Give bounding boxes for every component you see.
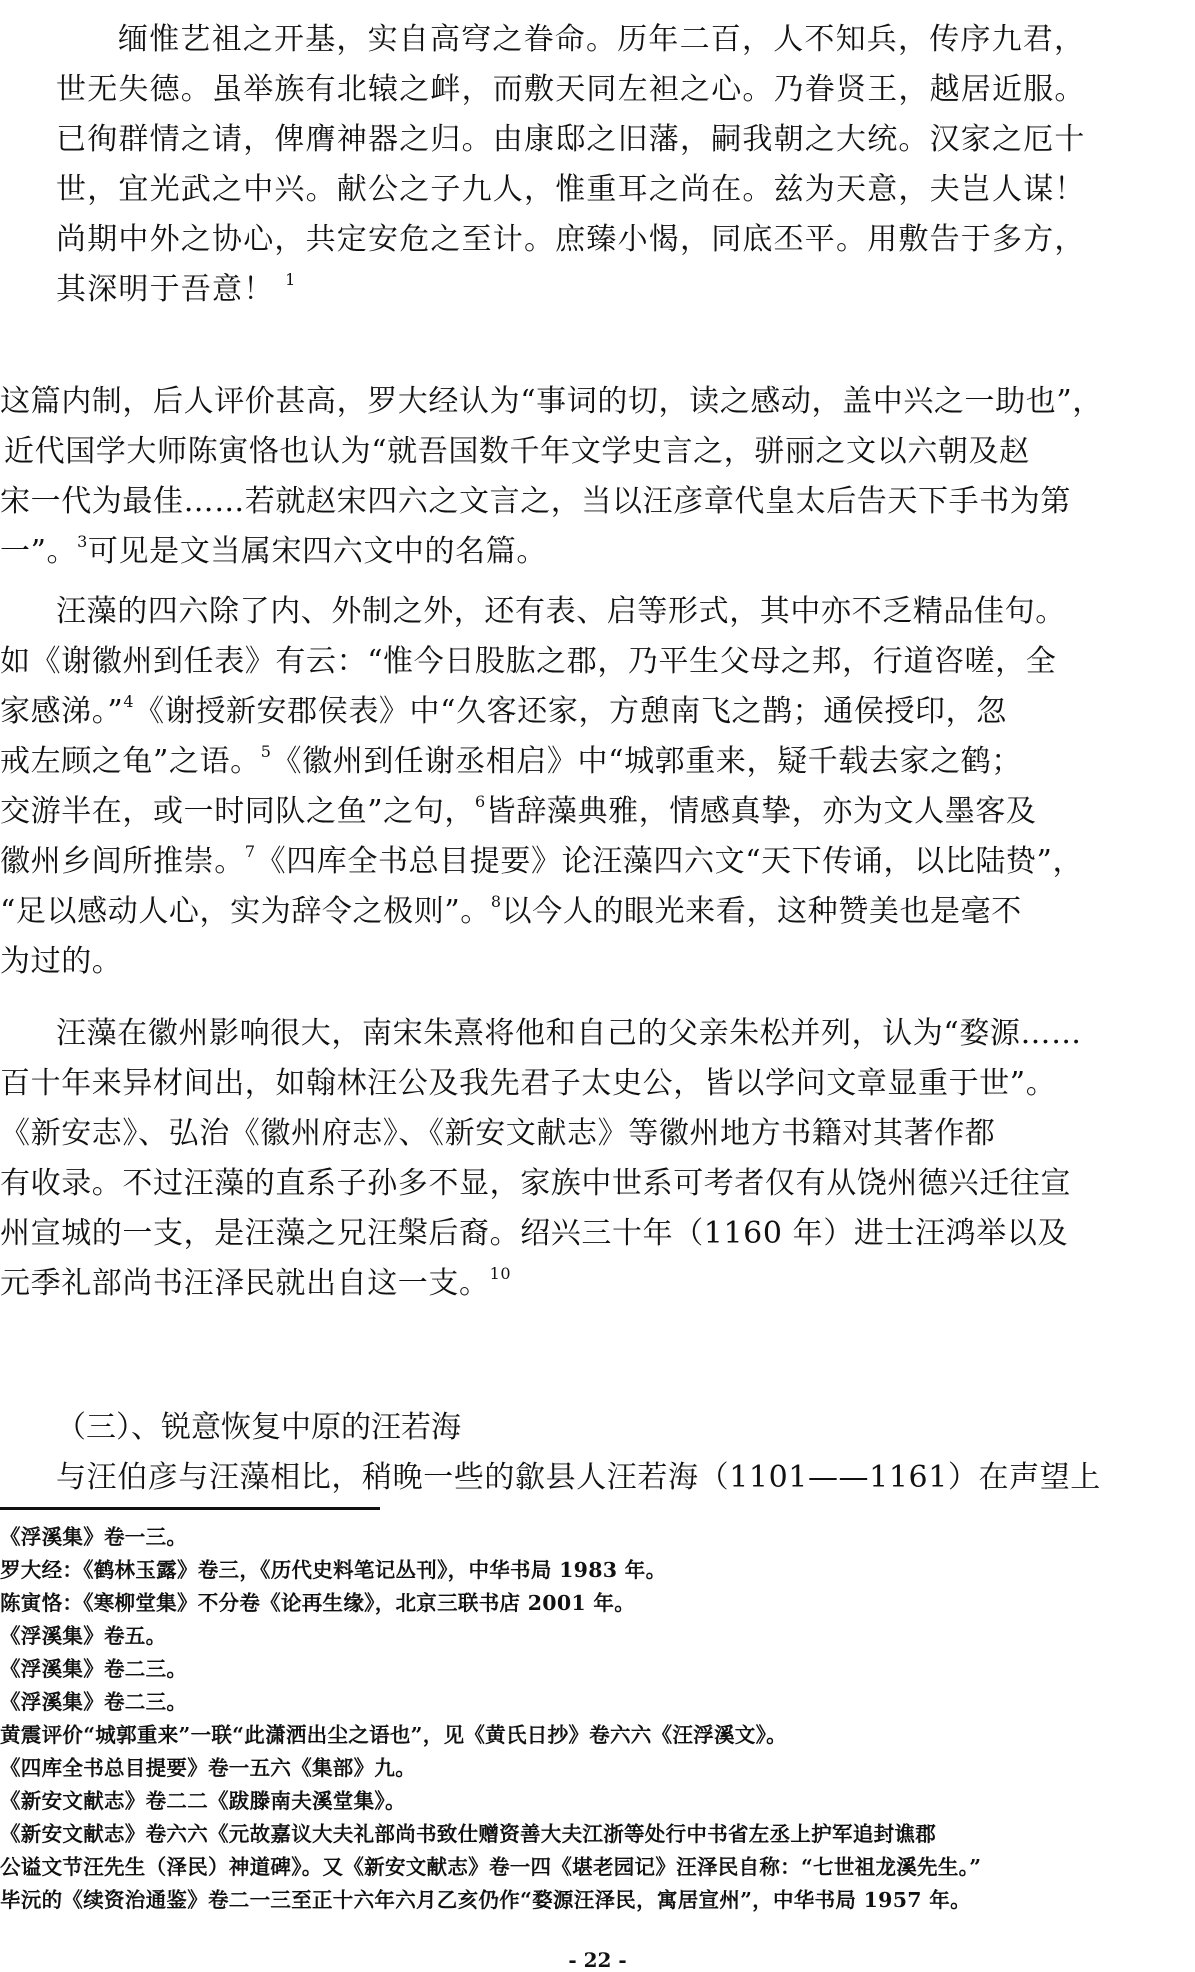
footnote: 陈寅恪：《寒柳堂集》不分卷《论再生缘》，北京三联书店 2001 年。 <box>0 1586 635 1616</box>
text-line: 有收录。不过汪藻的直系子孙多不显，家族中世系可考者仅有从饶州德兴迁往宣 <box>0 1158 1071 1202</box>
text-line: 汪藻在徽州影响很大，南宋朱熹将他和自己的父亲朱松并列，认为“婺源…… <box>56 1008 1082 1052</box>
verse-line: 已徇群情之请，俾膺神器之归。由康邸之旧藩，嗣我朝之大统。汉家之厄十 <box>56 114 1086 158</box>
text-line: “足以感动人心，实为辞令之极则”。8以今人的眼光来看，这种赞美也是毫不 <box>0 886 1022 930</box>
footnote: 黄震评价“城郭重来”一联“此潇洒出尘之语也”，见《黄氏日抄》卷六六《汪浮溪文》。 <box>0 1718 787 1748</box>
footnote: 公谥文节汪先生（泽民）神道碑》。又《新安文献志》卷一四《堪老园记》汪泽民自称：“… <box>0 1850 981 1880</box>
text-line: 与汪伯彦与汪藻相比，稍晚一些的歙县人汪若海（1101——1161）在声望上 <box>56 1452 1101 1496</box>
text-line: 百十年来异材间出，如翰林汪公及我先君子太史公，皆以学问文章显重于世”。 <box>0 1058 1056 1102</box>
page-number: - 22 - <box>0 1948 1195 1972</box>
footnote: 毕沅的《续资治通鉴》卷二一三至正十六年六月乙亥仍作“婺源汪泽民，寓居宣州”，中华… <box>0 1883 971 1913</box>
footnote: 《浮溪集》卷二三。 <box>0 1652 187 1682</box>
text-line: 交游半在，或一时同队之鱼”之句，6皆辞藻典雅，情感真挚，亦为文人墨客及 <box>0 786 1037 830</box>
footnote: 《浮溪集》卷五。 <box>0 1619 166 1649</box>
text: 徽州乡闾所推崇。 <box>0 844 245 879</box>
text: 可见是文当属宋四六文中的名篇。 <box>88 534 547 569</box>
text: 家感涕。” <box>0 694 123 729</box>
footnote-ref: 4 <box>123 692 134 711</box>
footnote-ref: 3 <box>77 532 88 551</box>
text: 交游半在，或一时同队之鱼”之句， <box>0 794 475 829</box>
text: 《四库全书总目提要》论汪藻四六文“天下传诵，以比陆贽”， <box>256 844 1083 879</box>
footnote-ref: 5 <box>261 742 272 761</box>
footnote: 《四库全书总目提要》卷一五六《集部》九。 <box>0 1751 416 1781</box>
text-line: 州宣城的一支，是汪藻之兄汪槃后裔。绍兴三十年（1160 年）进士汪鸿举以及 <box>0 1208 1068 1252</box>
text: “足以感动人心，实为辞令之极则”。 <box>0 894 491 929</box>
text-line: 元季礼部尚书汪泽民就出自这一支。10 <box>0 1258 511 1302</box>
footnote: 《新安文献志》卷二二《跋滕南夫溪堂集》。 <box>0 1784 406 1814</box>
verse-line: 世无失德。虽举族有北辕之衅，而敷天同左袒之心。乃眷贤王，越居近服。 <box>56 64 1086 108</box>
text-line: 一”。3可见是文当属宋四六文中的名篇。 <box>0 526 547 570</box>
text: 以今人的眼光来看，这种赞美也是毫不 <box>502 894 1022 929</box>
footnote-ref: 7 <box>245 842 256 861</box>
text-line: 这篇内制，后人评价甚高，罗大经认为“事词的切，读之感动，盖中兴之一助也”， <box>0 376 1103 420</box>
verse-line: 世，宜光武之中兴。献公之子九人，惟重耳之尚在。兹为天意，夫岂人谋！ <box>56 164 1086 208</box>
footnote: 《浮溪集》卷二三。 <box>0 1685 187 1715</box>
footnote: 《浮溪集》卷一三。 <box>0 1520 187 1550</box>
footnote: 罗大经：《鹤林玉露》卷三，《历代史料笔记丛刊》，中华书局 1983 年。 <box>0 1553 666 1583</box>
text: 皆辞藻典雅，情感真挚，亦为文人墨客及 <box>486 794 1037 829</box>
text-line: 为过的。 <box>0 936 122 980</box>
footnote-ref: 8 <box>491 892 502 911</box>
text: 一”。 <box>0 534 77 569</box>
text-line: 戒左顾之龟”之语。5《徽州到任谢丞相启》中“城郭重来，疑千载去家之鹤； <box>0 736 1022 780</box>
text-line: 汪藻的四六除了内、外制之外，还有表、启等形式，其中亦不乏精品佳句。 <box>56 586 1066 630</box>
footnote: 《新安文献志》卷六六《元故嘉议大夫礼部尚书致仕赠资善大夫江浙等处行中书省左丞上护… <box>0 1817 936 1847</box>
footnote-ref: 6 <box>475 792 486 811</box>
footnote-ref: 1 <box>285 270 296 289</box>
text-line: 宋一代为最佳……若就赵宋四六之文言之，当以汪彦章代皇太后告天下手书为第 <box>0 476 1071 520</box>
footnote-divider <box>0 1507 380 1510</box>
text: 戒左顾之龟”之语。 <box>0 744 261 779</box>
section-heading: （三）、锐意恢复中原的汪若海 <box>56 1402 461 1446</box>
text-line: 《新安志》、弘治《徽州府志》、《新安文献志》等徽州地方书籍对其著作都 <box>0 1108 995 1152</box>
text: 《徽州到任谢丞相启》中“城郭重来，疑千载去家之鹤； <box>272 744 1022 779</box>
text-line: 家感涕。”4《谢授新安郡侯表》中“久客还家，方憩南飞之鹊；通侯授印，忽 <box>0 686 1007 730</box>
text-line: 如《谢徽州到任表》有云：“惟今日股肱之郡，乃平生父母之邦，行道咨嗟，全 <box>0 636 1056 680</box>
verse-line: 缅惟艺祖之开基，实自高穹之眷命。历年二百，人不知兵，传序九君， <box>118 14 1085 58</box>
text: 元季礼部尚书汪泽民就出自这一支。 <box>0 1266 490 1301</box>
verse-text: 其深明于吾意！ <box>56 272 274 307</box>
text: 《谢授新安郡侯表》中“久客还家，方憩南飞之鹊；通侯授印，忽 <box>134 694 1007 729</box>
verse-line: 尚期中外之协心，共定安危之至计。庶臻小愒，同底丕平。用敷告于多方， <box>56 214 1086 258</box>
text-line: 近代国学大师陈寅恪也认为“就吾国数千年文学史言之，骈丽之文以六朝及赵 <box>4 426 1030 470</box>
text-line: 徽州乡闾所推崇。7《四库全书总目提要》论汪藻四六文“天下传诵，以比陆贽”， <box>0 836 1083 880</box>
footnote-ref: 10 <box>490 1264 512 1283</box>
verse-line: 其深明于吾意！ 1 <box>56 264 297 308</box>
